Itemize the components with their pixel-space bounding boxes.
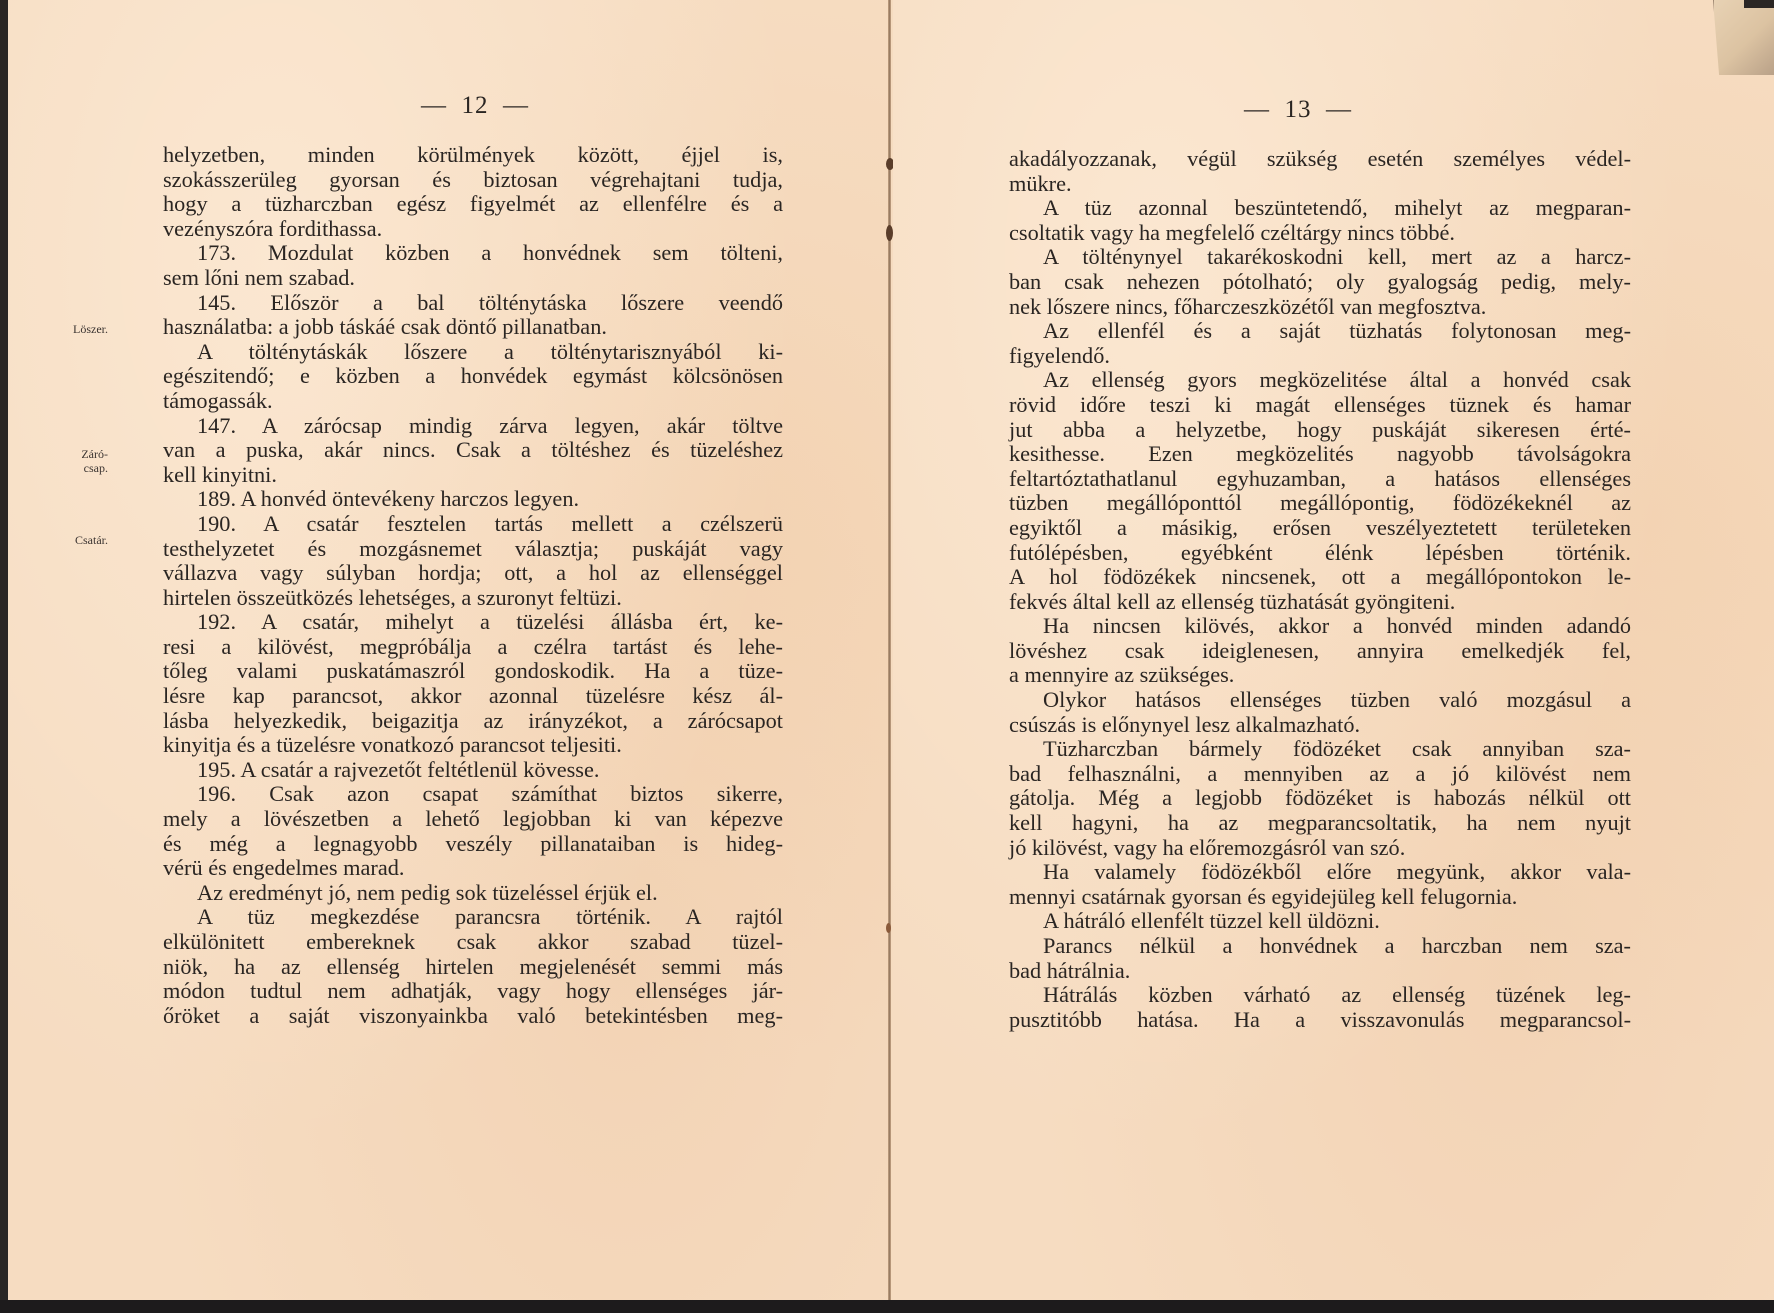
text-line: Ha valamely födözékből előre megyünk, ak… <box>1009 860 1631 885</box>
text-line: testhelyzetet és mozgásnemet választja; … <box>163 537 783 562</box>
text-line: Ha nincsen kilövés, akkor a honvéd minde… <box>1009 614 1631 639</box>
text-line: Hátrálás közben várható az ellenség tüzé… <box>1009 983 1631 1008</box>
text-line: mely a lövészetben a lehető legjobban ki… <box>163 807 783 832</box>
text-line: A hátráló ellenfélt tüzzel kell üldözni. <box>1009 909 1631 934</box>
text-line: bad felhasználni, a mennyiben az a jó ki… <box>1009 762 1631 787</box>
folded-corner <box>1713 0 1774 75</box>
text-line: hogy a tüzharczban egész figyelmét az el… <box>163 192 783 217</box>
text-line: tőleg valami puskatámaszról gondoskodik.… <box>163 659 783 684</box>
text-line: 189. A honvéd öntevékeny harczos legyen. <box>163 487 783 512</box>
text-line: rövid időre teszi ki magát ellenséges tü… <box>1009 393 1631 418</box>
text-line: feltartóztathatlanul egyhuzamban, a hatá… <box>1009 467 1631 492</box>
margin-note: Löszer. <box>38 322 108 336</box>
text-line: 196. Csak azon csapat számíthat biztos s… <box>163 782 783 807</box>
text-line: 190. A csatár fesztelen tartás mellett a… <box>163 512 783 537</box>
text-line: csúszás is előnynyel lesz alkalmazható. <box>1009 713 1631 738</box>
text-line: figyelendő. <box>1009 344 1631 369</box>
text-line: resi a kilövést, megpróbálja a czélra ta… <box>163 635 783 660</box>
text-line: vállazva vagy súlyban hordja; ott, a hol… <box>163 561 783 586</box>
text-line: futólépésben, egyébként élénk lépésben t… <box>1009 541 1631 566</box>
text-line: mükre. <box>1009 172 1631 197</box>
scan-background <box>0 1300 1774 1313</box>
text-line: van a puska, akár nincs. Csak a töltéshe… <box>163 438 783 463</box>
text-line: támogassák. <box>163 389 783 414</box>
text-line: Tüzharczban bármely födözéket csak annyi… <box>1009 737 1631 762</box>
text-line: niök, ha az ellenség hirtelen megjelenés… <box>163 955 783 980</box>
text-line: 192. A csatár, mihelyt a tüzelési állásb… <box>163 610 783 635</box>
text-line: őröket a saját viszonyainkba való beteki… <box>163 1004 783 1029</box>
text-line: ban csak nehezen pótolható; oly gyalogsá… <box>1009 270 1631 295</box>
text-line: fekvés által kell az ellenség tüzhatását… <box>1009 590 1631 615</box>
text-line: kesithesse. Ezen megközelités nagyobb tá… <box>1009 442 1631 467</box>
text-line: helyzetben, minden körülmények között, é… <box>163 143 783 168</box>
text-line: Olykor hatásos ellenséges tüzben való mo… <box>1009 688 1631 713</box>
text-line: kell hagyni, ha az megparancsoltatik, ha… <box>1009 811 1631 836</box>
margin-note: Csatár. <box>38 533 108 547</box>
text-line: kell kinyitni. <box>163 463 783 488</box>
text-line: bad hátrálnia. <box>1009 959 1631 984</box>
margin-note: csap. <box>38 461 108 475</box>
text-line: gátolja. Még a legjobb födözéket is habo… <box>1009 786 1631 811</box>
text-line: Az ellenség gyors megközelitése által a … <box>1009 368 1631 393</box>
text-line: lövéshez csak ideiglenesen, annyira emel… <box>1009 639 1631 664</box>
text-line: szokásszerüleg gyorsan és biztosan végre… <box>163 168 783 193</box>
text-line: használatba: a jobb táskáé csak döntő pi… <box>163 315 783 340</box>
text-line: pusztitóbb hatása. Ha a visszavonulás me… <box>1009 1008 1631 1033</box>
text-line: kinyitja és a tüzelésre vonatkozó paranc… <box>163 733 783 758</box>
book-gutter <box>888 0 891 1300</box>
right-page: — 13 — akadályozzanak, végül szükség ese… <box>893 0 1774 1300</box>
body-text: helyzetben, minden körülmények között, é… <box>163 143 783 1028</box>
text-line: lásba helyezkedik, beigazitja az irányzé… <box>163 709 783 734</box>
text-line: nek lőszere nincs, főharczeszközétől van… <box>1009 295 1631 320</box>
text-line: lésre kap parancsot, akkor azonnal tüzel… <box>163 684 783 709</box>
text-line: mennyi csatárnak gyorsan és egyidejüleg … <box>1009 885 1631 910</box>
text-line: A tüz megkezdése parancsra történik. A r… <box>163 905 783 930</box>
text-line: tüzben megállóponttól megállópontig, föd… <box>1009 491 1631 516</box>
text-line: egyiktől a másikig, erősen veszélyeztete… <box>1009 516 1631 541</box>
text-line: vezényszóra fordithassa. <box>163 217 783 242</box>
left-page: — 12 — Löszer.Záró-csap.Csatár. helyzetb… <box>0 0 891 1300</box>
text-line: Parancs nélkül a honvédnek a harczban ne… <box>1009 934 1631 959</box>
text-line: 147. A zárócsap mindig zárva legyen, aká… <box>163 414 783 439</box>
text-line: elkülönitett embereknek csak akkor szaba… <box>163 930 783 955</box>
body-text: akadályozzanak, végül szükség esetén sze… <box>1009 147 1631 1032</box>
text-line: jut abba a helyzetbe, hogy puskáját sike… <box>1009 418 1631 443</box>
text-line: a mennyire az szükséges. <box>1009 663 1631 688</box>
text-line: A hol födözékek nincsenek, ott a megálló… <box>1009 565 1631 590</box>
binding-stain <box>886 923 891 933</box>
text-line: Az eredményt jó, nem pedig sok tüzelésse… <box>163 881 783 906</box>
text-line: vérü és engedelmes marad. <box>163 856 783 881</box>
text-line: A tölténytáskák lőszere a tölténytariszn… <box>163 340 783 365</box>
page-number: — 12 — <box>421 92 529 120</box>
margin-note: Záró- <box>38 447 108 461</box>
text-line: A tölténynyel takarékoskodni kell, mert … <box>1009 245 1631 270</box>
text-line: sem lőni nem szabad. <box>163 266 783 291</box>
text-line: csoltatik vagy ha megfelelő czéltárgy ni… <box>1009 221 1631 246</box>
binding-hole <box>886 225 893 241</box>
text-line: hirtelen összeütközés lehetséges, a szur… <box>163 586 783 611</box>
text-line: 145. Először a bal tölténytáska lőszere … <box>163 291 783 316</box>
text-line: jó kilövést, vagy ha előremozgásról van … <box>1009 836 1631 861</box>
text-line: és még a legnagyobb veszély pillanataiba… <box>163 832 783 857</box>
text-line: A tüz azonnal beszüntetendő, mihelyt az … <box>1009 196 1631 221</box>
text-line: 195. A csatár a rajvezetőt feltétlenül k… <box>163 758 783 783</box>
text-line: egészitendő; e közben a honvédek egymást… <box>163 364 783 389</box>
text-line: 173. Mozdulat közben a honvédnek sem töl… <box>163 241 783 266</box>
text-line: módon tudtul nem adhatják, vagy hogy ell… <box>163 979 783 1004</box>
corner-shadow <box>1744 0 1774 8</box>
text-line: Az ellenfél és a saját tüzhatás folytono… <box>1009 319 1631 344</box>
book-spread: — 12 — Löszer.Záró-csap.Csatár. helyzetb… <box>0 0 1774 1300</box>
text-line: akadályozzanak, végül szükség esetén sze… <box>1009 147 1631 172</box>
page-number: — 13 — <box>1244 96 1352 124</box>
